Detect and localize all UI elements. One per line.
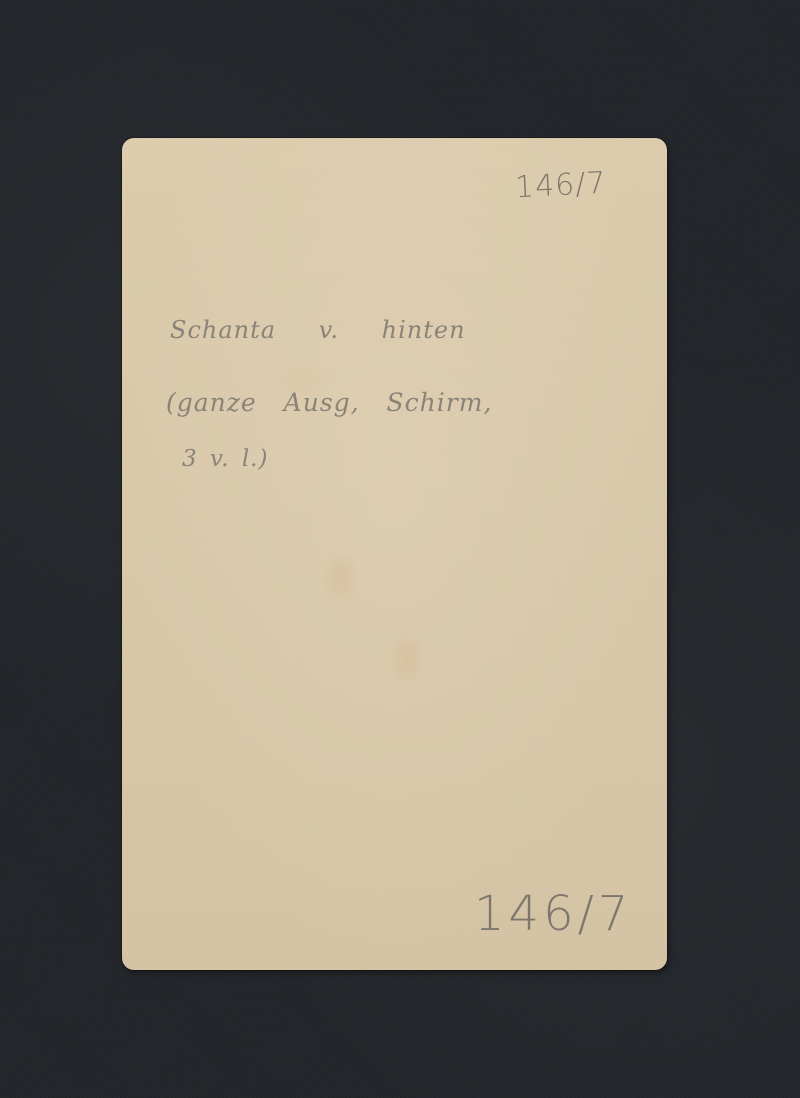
handwritten-note-line-1: Schanta v. hinten [170,316,466,344]
catalog-number-top: 146/7 [514,166,607,206]
handwritten-note-line-3: 3 v. l.) [182,446,268,472]
handwritten-note-line-2: (ganze Ausg, Schirm, [166,388,492,417]
archival-card: 146/7 Schanta v. hinten (ganze Ausg, Sch… [122,138,667,970]
catalog-number-bottom: 146/7 [474,886,632,942]
